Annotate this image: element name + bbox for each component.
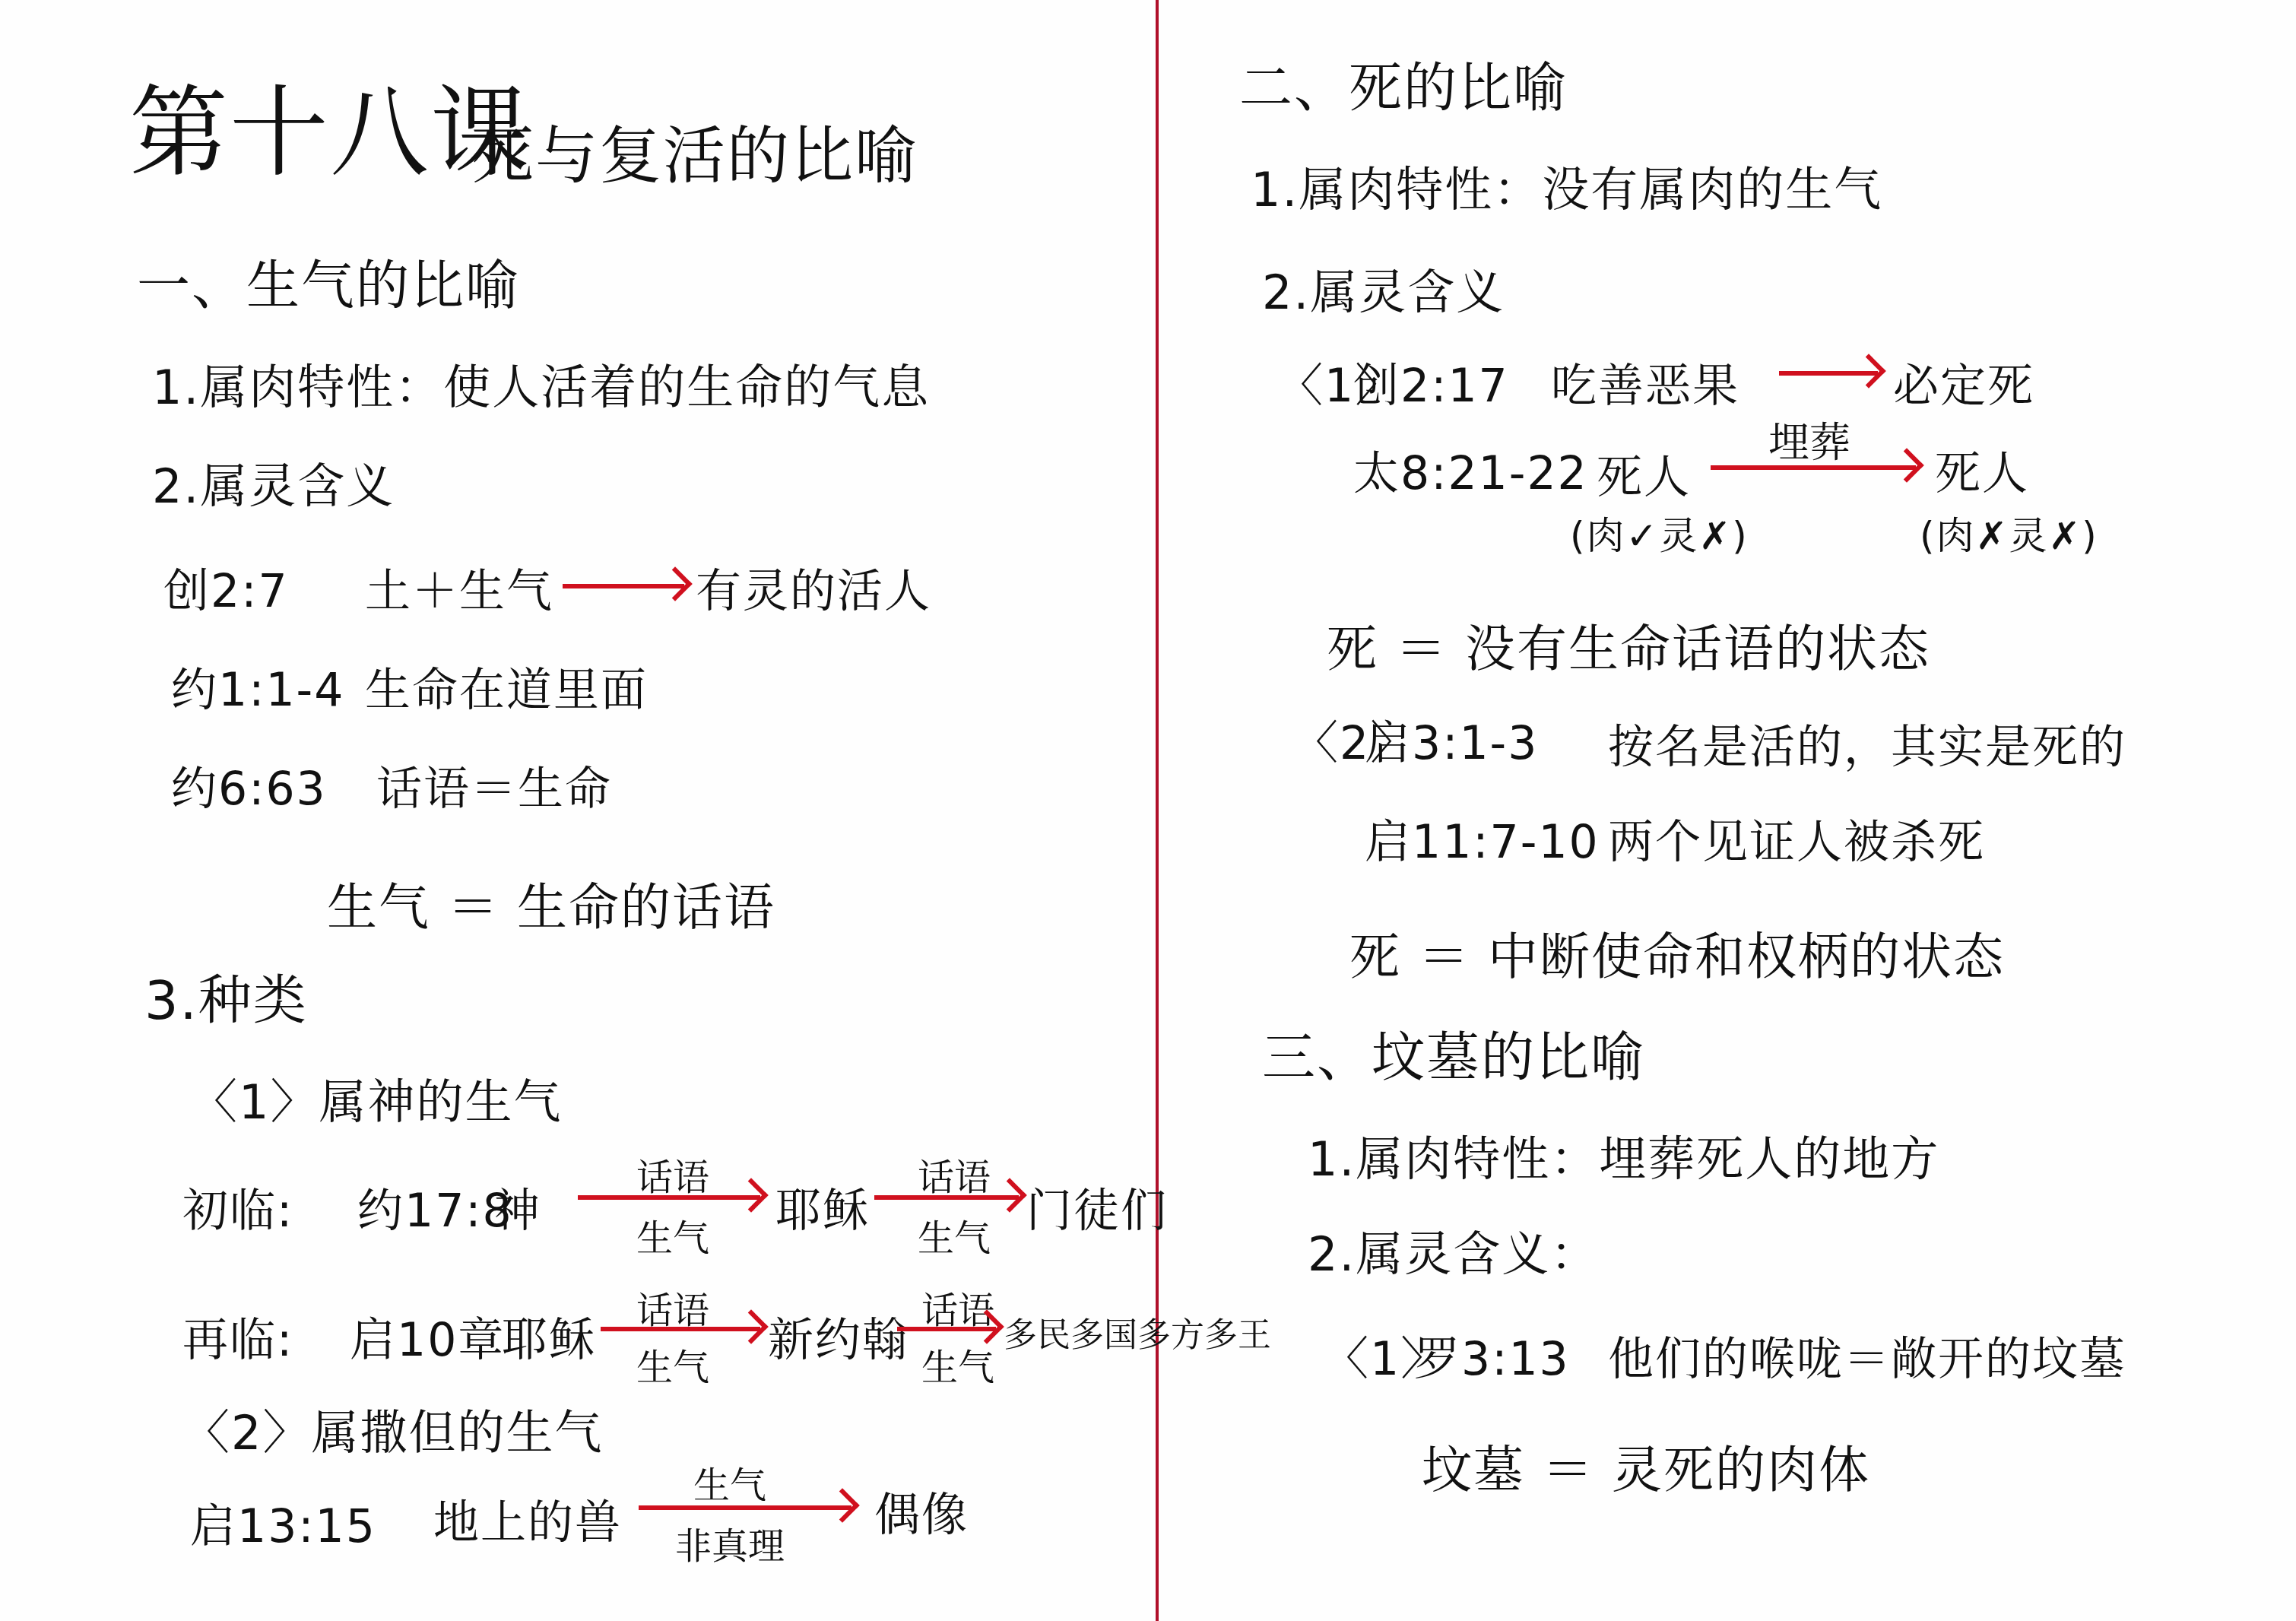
fleshly-meaning: 1.属肉特性：使人活着的生命的气息 (152, 350, 930, 417)
fleshly-meaning: 1.属肉特性：没有属肉的生气 (1251, 152, 1882, 220)
verse-text: 话语＝生命 (376, 753, 612, 818)
red-arrow (874, 1195, 1019, 1200)
red-arrow (639, 1505, 851, 1510)
verse-ref: 约6:63 (171, 753, 327, 818)
verse-ref: 启13:15 (190, 1490, 376, 1556)
spiritual-meaning: 2.属灵含义 (1262, 255, 1505, 322)
red-arrow (1779, 371, 1878, 376)
verse-text: 生命在道里面 (365, 654, 648, 719)
second-coming-label: 再临: (182, 1304, 293, 1369)
verse-text: 两个见证人被杀死 (1608, 806, 1985, 871)
spiritual-meaning: 2.属灵含义 (152, 449, 395, 516)
flow-mid: 耶稣 (775, 1175, 870, 1240)
arrow-label-bottom: 生气 (616, 1338, 730, 1391)
arrow-label-top: 话语 (608, 1148, 737, 1201)
flow-start: 地上的兽 (433, 1486, 622, 1552)
subheading-gods-breath: 〈1〉属神的生气 (190, 1064, 562, 1132)
verse-text: 按名是活的，其实是死的 (1608, 711, 2126, 776)
formula-to: 有灵的活人 (696, 555, 931, 620)
verse-ref: 启11:7-10 (1365, 806, 1600, 871)
red-arrow (578, 1195, 760, 1200)
red-arrow (601, 1327, 760, 1331)
section-heading-tomb: 三、坟墓的比喻 (1262, 1015, 1645, 1092)
flow-end: 多民多国多方多王 (1004, 1308, 1271, 1356)
flow-end: 偶像 (874, 1479, 969, 1544)
arrow-label-bottom: 非真理 (654, 1517, 806, 1569)
flow-mid: 新约翰 (768, 1304, 909, 1369)
summary-equation: 死 ＝ 没有生命话语的状态 (1327, 608, 1930, 680)
red-arrow (563, 584, 684, 588)
arrow-label-bottom: 生气 (608, 1209, 737, 1261)
page-divider-line (1156, 0, 1159, 1621)
arrow-label-top: 埋葬 (1733, 411, 1885, 469)
verse-ref: 启3:1-3 (1365, 707, 1538, 772)
verse-text: 他们的喉咙＝敞开的坟墓 (1608, 1323, 2126, 1388)
red-arrow (897, 1327, 996, 1331)
verse-ref: 创2:7 (163, 555, 289, 620)
flow-start: 神 (494, 1175, 541, 1240)
lesson-title: 死与复活的比喻 (471, 106, 918, 195)
verse-ref: 创2:17 (1353, 350, 1509, 415)
notebook-page: 第十八课 死与复活的比喻 一、生气的比喻 1.属肉特性：使人活着的生命的气息 2… (0, 0, 2296, 1621)
arrow-label-top: 话语 (616, 1281, 730, 1334)
arrow-label-top: 生气 (654, 1456, 806, 1508)
verse-ref: 约17:8 (357, 1175, 513, 1240)
verse-ref: 约1:1-4 (171, 654, 344, 719)
section-heading-kinds: 3.种类 (144, 958, 308, 1035)
section-heading-breath: 一、生气的比喻 (137, 243, 520, 320)
arrow-label-bottom: 生气 (897, 1209, 1011, 1261)
formula-to: 必定死 (1893, 350, 2034, 415)
subheading-satans-breath: 〈2〉属撒但的生气 (182, 1395, 603, 1463)
lesson-number: 第十八课 (129, 53, 531, 195)
flow-start: 耶稣 (502, 1304, 596, 1369)
summary-equation: 坟墓 ＝ 灵死的肉体 (1422, 1429, 1870, 1502)
flow-end: 门徒们 (1026, 1175, 1168, 1240)
verse-ref: 启10章 (350, 1304, 505, 1369)
formula-from: 死人 (1597, 441, 1691, 506)
fleshly-meaning: 1.属肉特性：埋葬死人的地方 (1308, 1121, 1939, 1189)
summary-equation: 生气 ＝ 生命的话语 (327, 867, 775, 939)
arrow-label-bottom: 生气 (912, 1338, 1004, 1391)
spiritual-meaning: 2.属灵含义： (1308, 1217, 1599, 1284)
section-heading-death: 二、死的比喻 (1239, 46, 1568, 122)
annotation-note: (肉✓灵✗) (1570, 506, 1749, 560)
verse-ref: 太8:21-22 (1353, 437, 1588, 503)
formula-to: 死人 (1935, 437, 2029, 503)
annotation-note: (肉✗灵✗) (1920, 506, 2098, 560)
summary-equation: 死 ＝ 中断使命和权柄的状态 (1349, 916, 2005, 988)
formula-from: 土＋生气 (365, 555, 553, 620)
first-coming-label: 初临: (182, 1175, 293, 1240)
formula-from: 吃善恶果 (1551, 350, 1739, 415)
verse-ref: 罗3:13 (1414, 1323, 1570, 1388)
red-arrow (1711, 465, 1916, 470)
